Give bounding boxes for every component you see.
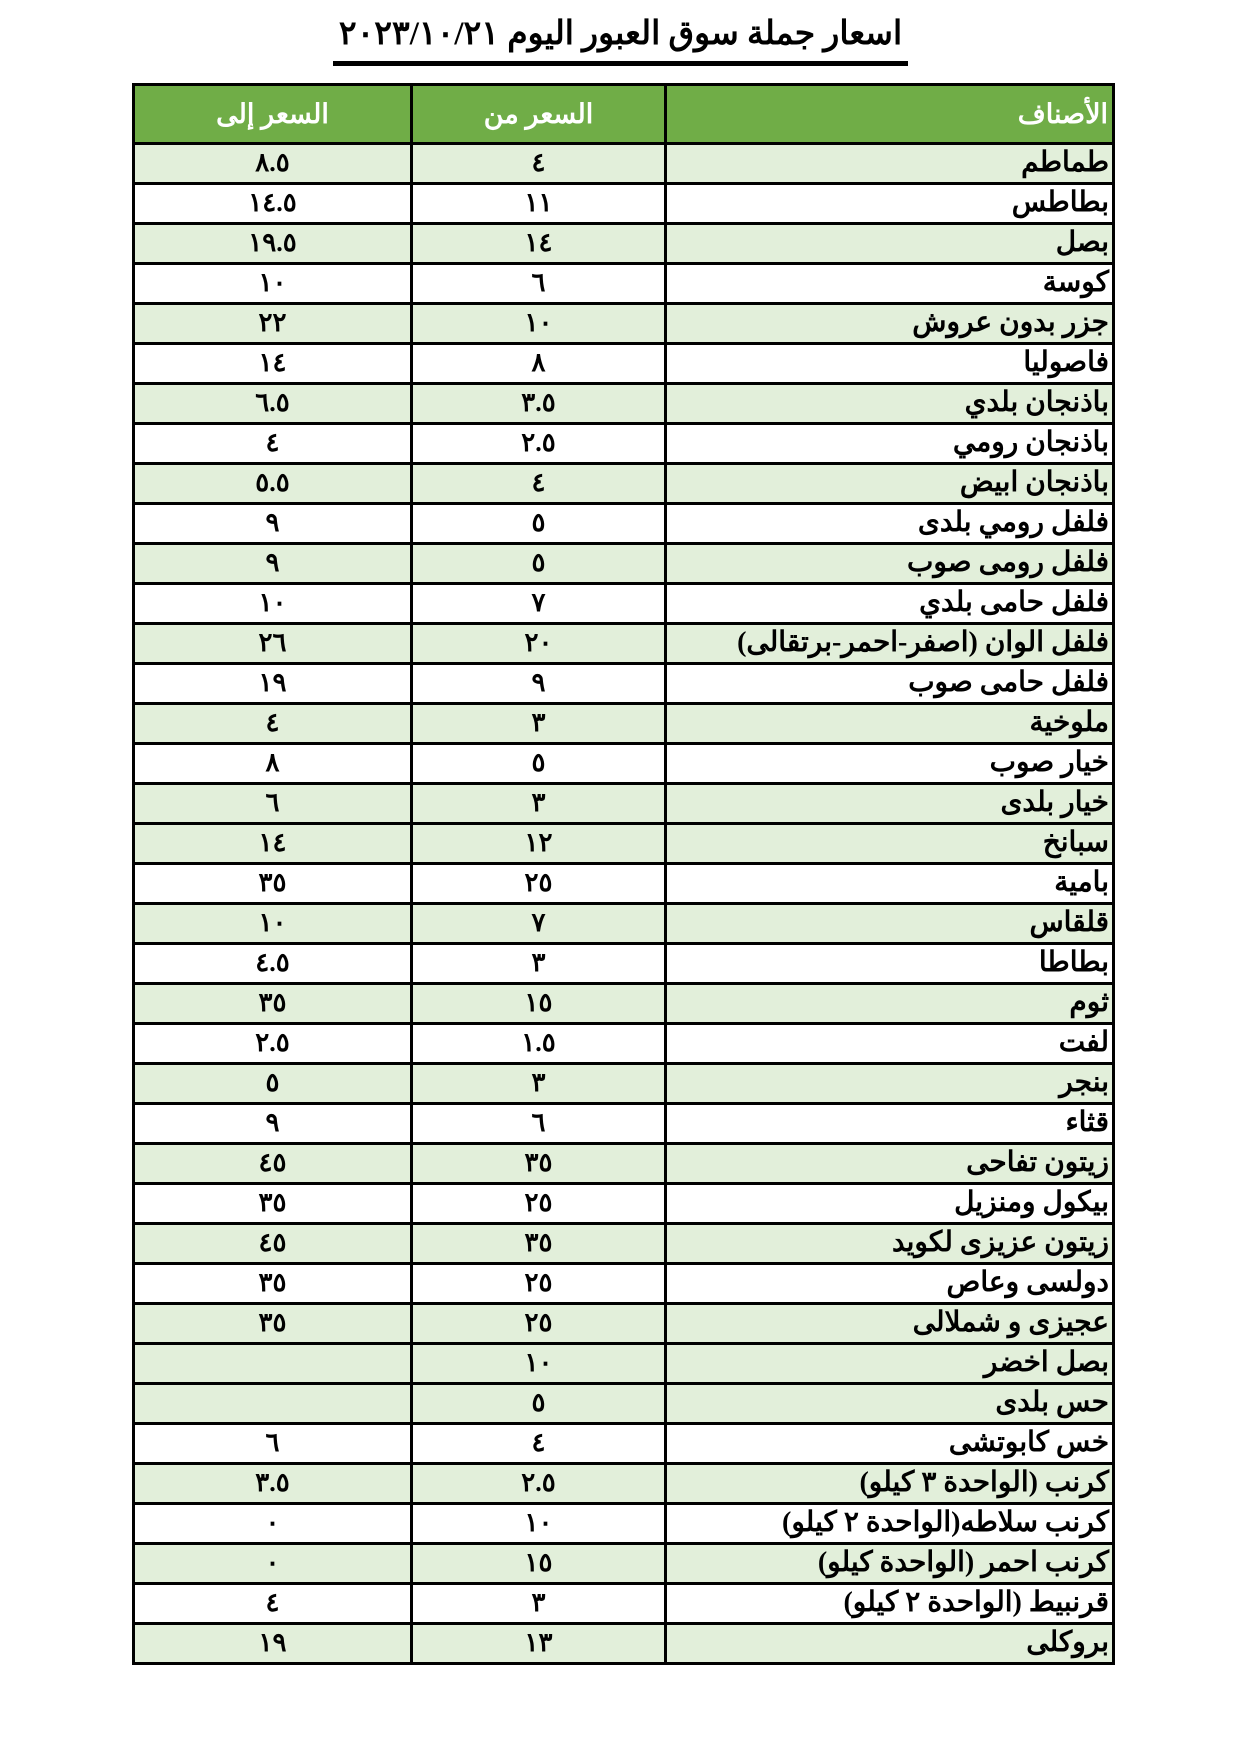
table-row: عجيزى و شملالى٢٥٣٥ <box>134 1304 1114 1344</box>
item-name-cell: زيتون عزيزى لكويد <box>666 1224 1114 1264</box>
table-row: بروكلى١٣١٩ <box>134 1624 1114 1664</box>
price-from-cell: ١٥ <box>412 1544 666 1584</box>
item-name-cell: بنجر <box>666 1064 1114 1104</box>
table-row: فلفل رومى صوب٥٩ <box>134 544 1114 584</box>
table-row: باذنجان ابيض٤٥.٥ <box>134 464 1114 504</box>
item-name-cell: دولسى وعاص <box>666 1264 1114 1304</box>
table-row: كرنب (الواحدة ٣ كيلو)٢.٥٣.٥ <box>134 1464 1114 1504</box>
price-from-cell: ٥ <box>412 504 666 544</box>
price-from-cell: ٣ <box>412 784 666 824</box>
price-from-cell: ٣.٥ <box>412 384 666 424</box>
price-from-cell: ١٠ <box>412 304 666 344</box>
table-row: زيتون تفاحى٣٥٤٥ <box>134 1144 1114 1184</box>
price-from-cell: ١٣ <box>412 1624 666 1664</box>
table-row: بامية٢٥٣٥ <box>134 864 1114 904</box>
price-to-cell: ٥.٥ <box>134 464 412 504</box>
price-to-cell <box>134 1344 412 1384</box>
price-from-cell: ٢٥ <box>412 1184 666 1224</box>
item-name-cell: باذنجان ابيض <box>666 464 1114 504</box>
item-name-cell: كرنب (الواحدة ٣ كيلو) <box>666 1464 1114 1504</box>
price-from-cell: ٢٥ <box>412 1304 666 1344</box>
header-items: الأصناف <box>666 85 1114 144</box>
item-name-cell: سبانخ <box>666 824 1114 864</box>
price-from-cell: ٢.٥ <box>412 1464 666 1504</box>
table-row: بصل١٤١٩.٥ <box>134 224 1114 264</box>
table-row: بنجر٣٥ <box>134 1064 1114 1104</box>
table-row: ملوخية٣٤ <box>134 704 1114 744</box>
price-from-cell: ٤ <box>412 1424 666 1464</box>
price-to-cell: ٦ <box>134 1424 412 1464</box>
table-row: بيكول ومنزيل٢٥٣٥ <box>134 1184 1114 1224</box>
item-name-cell: فلفل الوان (اصفر-احمر-برتقالى) <box>666 624 1114 664</box>
item-name-cell: فلفل حامى بلدي <box>666 584 1114 624</box>
table-row: بصل اخضر١٠ <box>134 1344 1114 1384</box>
price-to-cell: ٠ <box>134 1544 412 1584</box>
price-to-cell: ٣٥ <box>134 984 412 1024</box>
price-to-cell: ٩ <box>134 544 412 584</box>
table-row: ثوم١٥٣٥ <box>134 984 1114 1024</box>
table-row: حس بلدى٥ <box>134 1384 1114 1424</box>
item-name-cell: كوسة <box>666 264 1114 304</box>
table-row: قرنبيط (الواحدة ٢ كيلو)٣٤ <box>134 1584 1114 1624</box>
item-name-cell: زيتون تفاحى <box>666 1144 1114 1184</box>
price-to-cell: ٨ <box>134 744 412 784</box>
item-name-cell: لفت <box>666 1024 1114 1064</box>
price-to-cell: ١٤.٥ <box>134 184 412 224</box>
price-from-cell: ٥ <box>412 1384 666 1424</box>
price-from-cell: ٩ <box>412 664 666 704</box>
item-name-cell: حس بلدى <box>666 1384 1114 1424</box>
table-row: فاصوليا٨١٤ <box>134 344 1114 384</box>
price-from-cell: ٢٥ <box>412 864 666 904</box>
price-to-cell: ٤.٥ <box>134 944 412 984</box>
item-name-cell: طماطم <box>666 144 1114 184</box>
price-to-cell <box>134 1384 412 1424</box>
page: اسعار جملة سوق العبور اليوم ٢٠٢٣/١٠/٢١ ا… <box>0 0 1241 1755</box>
header-price-from: السعر من <box>412 85 666 144</box>
price-from-cell: ٥ <box>412 744 666 784</box>
table-row: دولسى وعاص٢٥٣٥ <box>134 1264 1114 1304</box>
item-name-cell: ملوخية <box>666 704 1114 744</box>
title-wrap: اسعار جملة سوق العبور اليوم ٢٠٢٣/١٠/٢١ <box>0 14 1241 66</box>
price-to-cell: ٠ <box>134 1504 412 1544</box>
price-to-cell: ٥ <box>134 1064 412 1104</box>
table-row: بطاطا٣٤.٥ <box>134 944 1114 984</box>
table-row: جزر بدون عروش١٠٢٢ <box>134 304 1114 344</box>
price-from-cell: ٥ <box>412 544 666 584</box>
item-name-cell: بيكول ومنزيل <box>666 1184 1114 1224</box>
price-to-cell: ١٤ <box>134 344 412 384</box>
price-from-cell: ٧ <box>412 584 666 624</box>
item-name-cell: بامية <box>666 864 1114 904</box>
price-from-cell: ٧ <box>412 904 666 944</box>
table-row: فلفل الوان (اصفر-احمر-برتقالى)٢٠٢٦ <box>134 624 1114 664</box>
price-from-cell: ٤ <box>412 144 666 184</box>
price-to-cell: ٤٥ <box>134 1144 412 1184</box>
price-from-cell: ٦ <box>412 264 666 304</box>
table-row: زيتون عزيزى لكويد٣٥٤٥ <box>134 1224 1114 1264</box>
price-to-cell: ٤ <box>134 704 412 744</box>
item-name-cell: قثاء <box>666 1104 1114 1144</box>
price-to-cell: ٢٢ <box>134 304 412 344</box>
header-price-to: السعر إلى <box>134 85 412 144</box>
table-row: خس كابوتشى٤٦ <box>134 1424 1114 1464</box>
price-to-cell: ٤ <box>134 424 412 464</box>
table-row: سبانخ١٢١٤ <box>134 824 1114 864</box>
item-name-cell: ثوم <box>666 984 1114 1024</box>
price-from-cell: ٣ <box>412 1584 666 1624</box>
price-from-cell: ١٢ <box>412 824 666 864</box>
item-name-cell: باذنجان بلدي <box>666 384 1114 424</box>
price-to-cell: ١٩ <box>134 664 412 704</box>
price-to-cell: ١٩.٥ <box>134 224 412 264</box>
price-to-cell: ٢.٥ <box>134 1024 412 1064</box>
table-row: خيار صوب٥٨ <box>134 744 1114 784</box>
price-to-cell: ٨.٥ <box>134 144 412 184</box>
table-row: قلقاس٧١٠ <box>134 904 1114 944</box>
item-name-cell: فلفل رومى صوب <box>666 544 1114 584</box>
price-from-cell: ٤ <box>412 464 666 504</box>
price-from-cell: ١٠ <box>412 1504 666 1544</box>
table-row: كوسة٦١٠ <box>134 264 1114 304</box>
item-name-cell: خس كابوتشى <box>666 1424 1114 1464</box>
item-name-cell: بصل <box>666 224 1114 264</box>
item-name-cell: كرنب سلاطه(الواحدة ٢ كيلو) <box>666 1504 1114 1544</box>
price-to-cell: ٤٥ <box>134 1224 412 1264</box>
item-name-cell: فاصوليا <box>666 344 1114 384</box>
item-name-cell: بروكلى <box>666 1624 1114 1664</box>
item-name-cell: خيار بلدى <box>666 784 1114 824</box>
price-from-cell: ١٥ <box>412 984 666 1024</box>
price-to-cell: ٦.٥ <box>134 384 412 424</box>
item-name-cell: جزر بدون عروش <box>666 304 1114 344</box>
price-from-cell: ٢.٥ <box>412 424 666 464</box>
item-name-cell: خيار صوب <box>666 744 1114 784</box>
item-name-cell: قلقاس <box>666 904 1114 944</box>
item-name-cell: كرنب احمر (الواحدة كيلو) <box>666 1544 1114 1584</box>
item-name-cell: باذنجان رومي <box>666 424 1114 464</box>
table-row: فلفل حامى بلدي٧١٠ <box>134 584 1114 624</box>
table-row: فلفل رومي بلدى٥٩ <box>134 504 1114 544</box>
price-to-cell: ١٩ <box>134 1624 412 1664</box>
price-from-cell: ٣٥ <box>412 1224 666 1264</box>
item-name-cell: بصل اخضر <box>666 1344 1114 1384</box>
price-from-cell: ٢٥ <box>412 1264 666 1304</box>
price-from-cell: ٢٠ <box>412 624 666 664</box>
price-to-cell: ١٤ <box>134 824 412 864</box>
price-to-cell: ٣٥ <box>134 1304 412 1344</box>
price-from-cell: ٨ <box>412 344 666 384</box>
table-row: لفت١.٥٢.٥ <box>134 1024 1114 1064</box>
table-row: قثاء٦٩ <box>134 1104 1114 1144</box>
price-to-cell: ١٠ <box>134 264 412 304</box>
price-from-cell: ٣ <box>412 944 666 984</box>
price-to-cell: ١٠ <box>134 584 412 624</box>
item-name-cell: بطاطا <box>666 944 1114 984</box>
price-table: الأصناف السعر من السعر إلى طماطم٤٨.٥بطاط… <box>132 83 1115 1665</box>
table-row: طماطم٤٨.٥ <box>134 144 1114 184</box>
price-to-cell: ٢٦ <box>134 624 412 664</box>
price-to-cell: ٩ <box>134 1104 412 1144</box>
table-row: بطاطس١١١٤.٥ <box>134 184 1114 224</box>
header-row: الأصناف السعر من السعر إلى <box>134 85 1114 144</box>
price-to-cell: ١٠ <box>134 904 412 944</box>
item-name-cell: قرنبيط (الواحدة ٢ كيلو) <box>666 1584 1114 1624</box>
price-to-cell: ٦ <box>134 784 412 824</box>
price-table-body: طماطم٤٨.٥بطاطس١١١٤.٥بصل١٤١٩.٥كوسة٦١٠جزر … <box>134 144 1114 1664</box>
price-to-cell: ٣٥ <box>134 864 412 904</box>
item-name-cell: فلفل رومي بلدى <box>666 504 1114 544</box>
table-row: فلفل حامى صوب٩١٩ <box>134 664 1114 704</box>
page-title: اسعار جملة سوق العبور اليوم ٢٠٢٣/١٠/٢١ <box>333 14 908 66</box>
item-name-cell: عجيزى و شملالى <box>666 1304 1114 1344</box>
price-to-cell: ٣٥ <box>134 1264 412 1304</box>
table-row: باذنجان بلدي٣.٥٦.٥ <box>134 384 1114 424</box>
table-row: خيار بلدى٣٦ <box>134 784 1114 824</box>
price-from-cell: ٦ <box>412 1104 666 1144</box>
price-from-cell: ١٠ <box>412 1344 666 1384</box>
price-to-cell: ٣.٥ <box>134 1464 412 1504</box>
price-from-cell: ١١ <box>412 184 666 224</box>
table-row: كرنب احمر (الواحدة كيلو)١٥٠ <box>134 1544 1114 1584</box>
price-to-cell: ٤ <box>134 1584 412 1624</box>
price-from-cell: ١٤ <box>412 224 666 264</box>
price-to-cell: ٣٥ <box>134 1184 412 1224</box>
table-row: باذنجان رومي٢.٥٤ <box>134 424 1114 464</box>
item-name-cell: فلفل حامى صوب <box>666 664 1114 704</box>
price-from-cell: ٣ <box>412 704 666 744</box>
price-from-cell: ٣ <box>412 1064 666 1104</box>
price-from-cell: ١.٥ <box>412 1024 666 1064</box>
price-to-cell: ٩ <box>134 504 412 544</box>
table-row: كرنب سلاطه(الواحدة ٢ كيلو)١٠٠ <box>134 1504 1114 1544</box>
price-from-cell: ٣٥ <box>412 1144 666 1184</box>
item-name-cell: بطاطس <box>666 184 1114 224</box>
